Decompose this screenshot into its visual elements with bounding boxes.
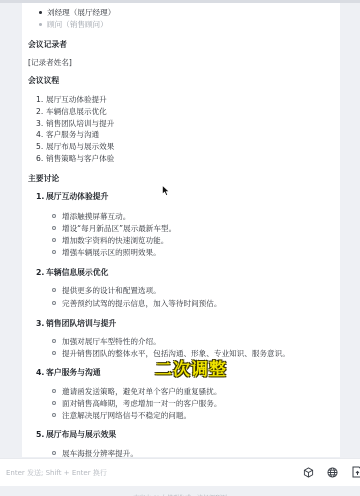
mouse-cursor-icon xyxy=(162,181,170,192)
discussion-point: 注意解决展厅网络信号不稳定的问题。 xyxy=(52,410,191,422)
discussion-section-title: 4.客户服务与沟通 xyxy=(36,367,101,379)
bullet-icon xyxy=(39,11,42,14)
attendee-item: 刘经理（展厅经理） xyxy=(39,7,115,19)
hollow-bullet-icon xyxy=(52,250,56,254)
discussion-point: 面对销售高峰期，考虑增加一对一的客户服务。 xyxy=(52,398,221,410)
hollow-bullet-icon xyxy=(52,389,56,393)
hollow-bullet-icon xyxy=(52,351,56,355)
agenda-item: 2.车辆信息展示优化 xyxy=(36,106,107,118)
discussion-section-title: 2.车辆信息展示优化 xyxy=(36,267,108,279)
message-content: 刘经理（展厅经理） 顾问（销售顾问） 会议记录者 [记录者姓名] 会议议程 1.… xyxy=(22,3,340,457)
hollow-bullet-icon xyxy=(52,238,56,242)
discussion-point: 完善预约试驾的提示信息，加入等待时间预估。 xyxy=(52,298,221,310)
message-input[interactable] xyxy=(6,465,286,481)
hollow-bullet-icon xyxy=(52,288,56,292)
hollow-bullet-icon xyxy=(52,301,56,305)
agenda-heading: 会议议程 xyxy=(28,75,59,87)
discussion-point: 展车海报分辨率提升。 xyxy=(52,448,138,457)
hollow-bullet-icon xyxy=(52,401,56,405)
cube-icon[interactable] xyxy=(302,466,314,478)
discussion-section-title: 1.展厅互动体验提升 xyxy=(36,191,108,203)
discussion-heading: 主要讨论 xyxy=(28,173,59,185)
attendee-item: 顾问（销售顾问） xyxy=(39,19,108,31)
ai-disclaimer: 内容由 AI 大模型生成，请仔细甄别 xyxy=(0,487,360,496)
discussion-point: 增添触摸屏幕互动。 xyxy=(52,211,130,223)
agenda-item: 4.客户服务与沟通 xyxy=(36,129,99,141)
overlay-caption: 二次调整 xyxy=(155,355,227,380)
hollow-bullet-icon xyxy=(52,451,56,455)
globe-icon[interactable] xyxy=(326,466,338,478)
discussion-point: 增加数字资料的快速浏览功能。 xyxy=(52,235,168,247)
hollow-bullet-icon xyxy=(52,339,56,343)
discussion-point: 提供更多的设计和配置选项。 xyxy=(52,285,161,297)
file-upload-icon[interactable] xyxy=(351,466,360,478)
agenda-item: 1.展厅互动体验提升 xyxy=(36,94,107,106)
discussion-point: 增设“每月新品区”展示最新车型。 xyxy=(52,223,176,235)
hollow-bullet-icon xyxy=(52,226,56,230)
discussion-section-title: 3.销售团队培训与提升 xyxy=(36,318,116,330)
discussion-point: 邀请函发送策略，避免对单个客户的重复骚扰。 xyxy=(52,386,221,398)
discussion-section-title: 5.展厅布局与展示效果 xyxy=(36,429,116,441)
message-composer xyxy=(0,458,360,486)
bullet-icon xyxy=(39,23,42,26)
hollow-bullet-icon xyxy=(52,214,56,218)
agenda-item: 5.展厅布局与展示效果 xyxy=(36,141,114,153)
recorder-heading: 会议记录者 xyxy=(28,39,67,51)
hollow-bullet-icon xyxy=(52,413,56,417)
discussion-point: 加强对展厅车型特性的介绍。 xyxy=(52,336,161,348)
recorder-value: [记录者姓名] xyxy=(28,57,72,69)
agenda-item: 6.销售策略与客户体验 xyxy=(36,153,114,165)
discussion-point: 增强车辆展示区的照明效果。 xyxy=(52,247,161,259)
